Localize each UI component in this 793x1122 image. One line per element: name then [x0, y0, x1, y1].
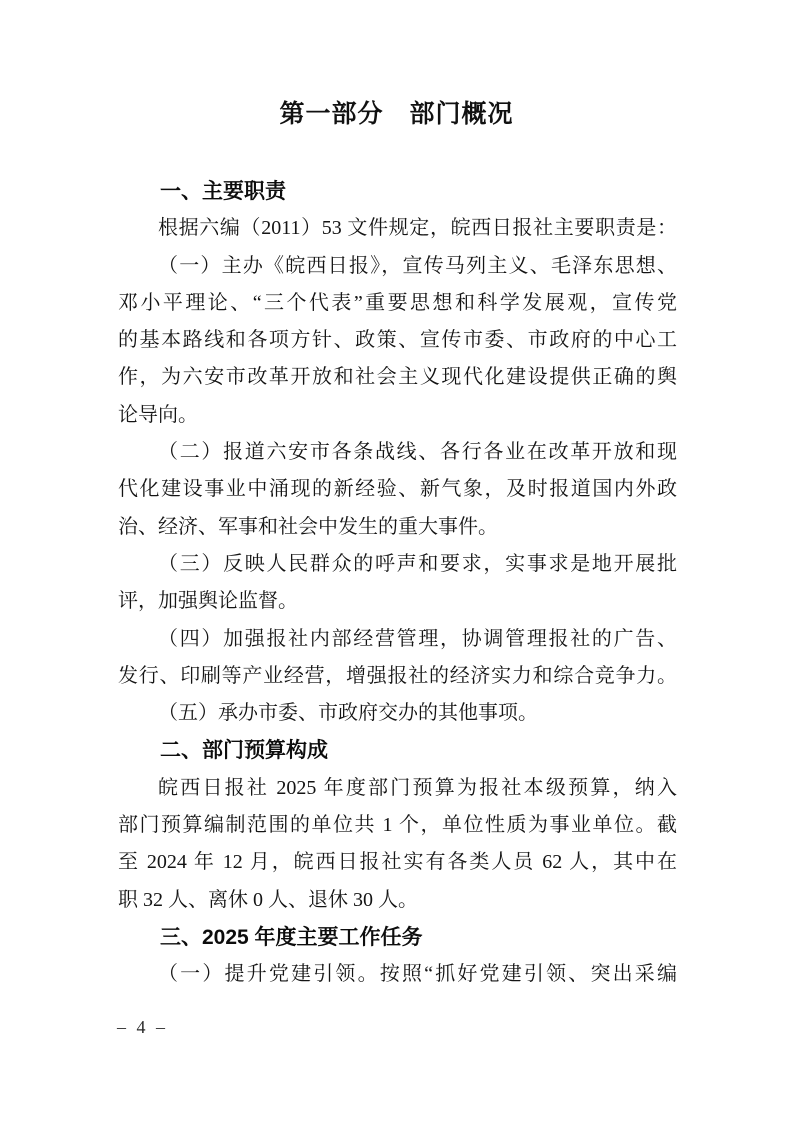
text-line: 论导向。: [118, 397, 677, 434]
text-line: 职 32 人、离休 0 人、退休 30 人。: [118, 882, 677, 919]
text-line: 代化建设事业中涌现的新经验、新气象，及时报道国内外政: [118, 471, 677, 508]
text-line: （三）反映人民群众的呼声和要求，实事求是地开展批: [118, 546, 677, 583]
text-line: （五）承办市委、市政府交办的其他事项。: [118, 695, 677, 732]
text-line: 根据六编（2011）53 文件规定，皖西日报社主要职责是：: [118, 210, 677, 247]
text-line: 皖西日报社 2025 年度部门预算为报社本级预算，纳入: [118, 770, 677, 807]
text-line: （一）主办《皖西日报》，宣传马列主义、毛泽东思想、: [118, 248, 677, 285]
section-heading: 二、部门预算构成: [118, 732, 677, 769]
text-line: 部门预算编制范围的单位共 1 个，单位性质为事业单位。截: [118, 807, 677, 844]
document-page: 第一部分 部门概况 一、主要职责根据六编（2011）53 文件规定，皖西日报社主…: [0, 0, 793, 1122]
text-line: （二）报道六安市各条战线、各行各业在改革开放和现: [118, 434, 677, 471]
text-line: 作，为六安市改革开放和社会主义现代化建设提供正确的舆: [118, 359, 677, 396]
text-line: 评，加强舆论监督。: [118, 583, 677, 620]
text-line: 的基本路线和各项方针、政策、宣传市委、市政府的中心工: [118, 322, 677, 359]
text-line: 至 2024 年 12 月，皖西日报社实有各类人员 62 人，其中在: [118, 844, 677, 881]
text-line: 发行、印刷等产业经营，增强报社的经济实力和综合竞争力。: [118, 658, 677, 695]
page-number: – 4 –: [117, 1013, 168, 1041]
document-title: 第一部分 部门概况: [0, 98, 793, 130]
text-line: （四）加强报社内部经营管理，协调管理报社的广告、: [118, 621, 677, 658]
document-body: 一、主要职责根据六编（2011）53 文件规定，皖西日报社主要职责是：（一）主办…: [118, 173, 677, 994]
section-heading: 三、2025 年度主要工作任务: [118, 919, 677, 956]
text-line: 邓小平理论、“三个代表”重要思想和科学发展观，宣传党: [118, 285, 677, 322]
text-line: 治、经济、军事和社会中发生的重大事件。: [118, 509, 677, 546]
section-heading: 一、主要职责: [118, 173, 677, 210]
text-line: （一）提升党建引领。按照“抓好党建引领、突出采编: [118, 956, 677, 993]
